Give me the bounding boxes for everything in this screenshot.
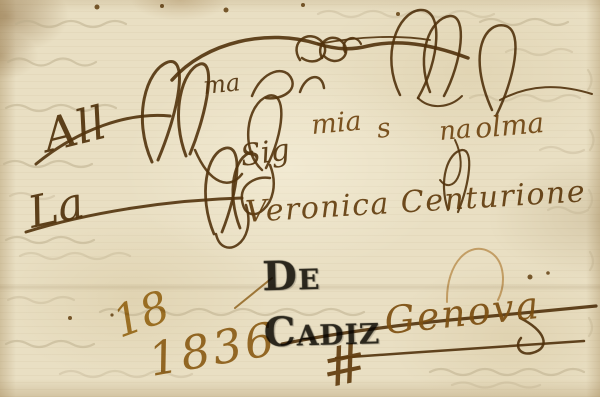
word-na: na xyxy=(438,114,473,147)
flourish-swash xyxy=(500,87,592,100)
flourish-tall-loop xyxy=(480,25,516,116)
word-all: All xyxy=(34,95,112,164)
pen-stroke-diagonal xyxy=(235,278,272,308)
ink-speck xyxy=(224,8,229,13)
word-ma: ma xyxy=(202,68,242,100)
destination-genova: Genova xyxy=(382,283,542,343)
ink-speck xyxy=(546,271,550,275)
letter-cover: De Cadiz xyxy=(0,0,600,397)
word-s: s xyxy=(375,112,393,145)
flourish-ligature xyxy=(300,77,324,92)
flourish-connector xyxy=(418,96,462,106)
ink-speck xyxy=(396,12,400,16)
word-la: La xyxy=(23,177,89,239)
word-olma: olma xyxy=(474,106,546,145)
ink-speck xyxy=(301,3,305,7)
flourish-descender xyxy=(216,205,248,248)
ink-speck xyxy=(95,5,100,10)
ink-speck xyxy=(528,275,533,280)
ink-speck xyxy=(68,316,72,320)
genova-underline xyxy=(336,341,584,358)
word-mia: mia xyxy=(310,106,363,141)
handwriting-layer: All ma Sig mia s na olma La Veronica Cen… xyxy=(0,0,600,397)
tally-hash-mark: # xyxy=(316,330,373,397)
addressee-name: Veronica Centurione xyxy=(244,174,587,230)
flourish-tall-loop xyxy=(391,10,436,98)
ink-speck xyxy=(160,4,164,8)
ink-specks xyxy=(68,3,550,320)
flourish-tall-loop xyxy=(424,16,461,96)
flourish-descender xyxy=(440,140,461,185)
word-sig: Sig xyxy=(238,132,292,174)
